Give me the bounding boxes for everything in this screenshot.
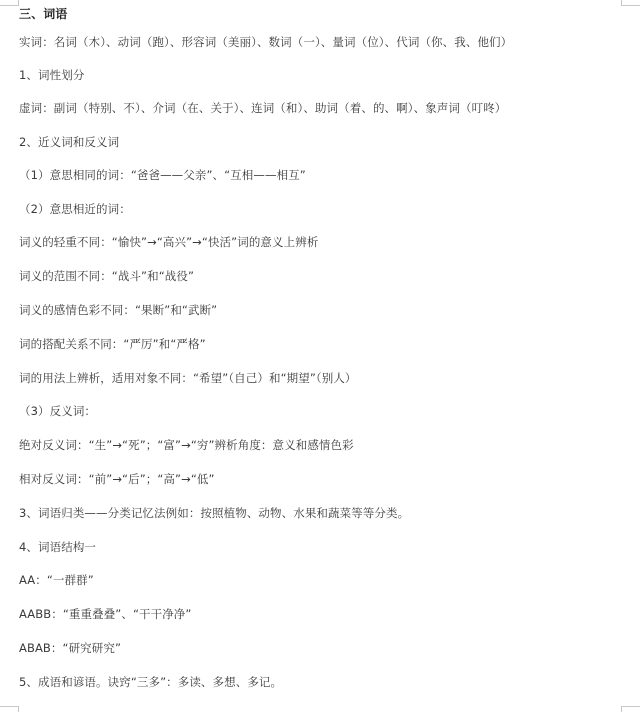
page-corner-mark-top-right	[621, 0, 640, 6]
paragraph-emotion-difference: 词义的感情色彩不同：“果断”和“武断”	[19, 303, 217, 317]
paragraph-similar-meaning: （2）意思相近的词：	[19, 202, 131, 216]
paragraph-absolute-antonyms: 绝对反义词：“生”→“死”；“富”→“穷”辨析角度：意义和感情色彩	[19, 438, 354, 452]
page-corner-mark-bottom-left	[0, 706, 19, 712]
paragraph-function-words: 虚词：副词（特别、不）、介词（在、关于）、连词（和）、助词（着、的、啊）、象声词…	[19, 101, 506, 115]
paragraph-abab-pattern: ABAB：“研究研究”	[19, 641, 121, 655]
paragraph-content-words: 实词：名词（木）、动词（跑）、形容词（美丽）、数词（一）、量词（位）、代词（你、…	[19, 35, 512, 49]
paragraph-usage-difference: 词的用法上辨析，适用对象不同：“希望”（自己）和“期望”（别人）	[19, 371, 357, 385]
heading-idioms-proverbs: 5、成语和谚语。诀窍“三多”：多读、多想、多记。	[19, 675, 282, 689]
paragraph-same-meaning: （1）意思相同的词：“爸爸——父亲”、“互相——相互”	[19, 168, 306, 182]
section-title: 三、词语	[19, 7, 67, 21]
heading-part-of-speech: 1、词性划分	[19, 68, 84, 82]
paragraph-aa-pattern: AA：“一群群”	[19, 573, 94, 587]
heading-word-classification: 3、词语归类——分类记忆法例如：按照植物、动物、水果和蔬菜等等分类。	[19, 506, 409, 520]
page-corner-mark-top-left	[0, 0, 19, 6]
paragraph-aabb-pattern: AABB：“重重叠叠”、“干干净净”	[19, 607, 191, 621]
heading-antonyms: （3）反义词：	[19, 404, 96, 418]
heading-synonyms-antonyms: 2、近义词和反义词	[19, 135, 119, 149]
paragraph-scope-difference: 词义的范围不同：“战斗”和“战役”	[19, 269, 194, 283]
page-corner-mark-bottom-right	[621, 706, 640, 712]
paragraph-collocation-difference: 词的搭配关系不同：“严厉”和“严格”	[19, 337, 206, 351]
paragraph-relative-antonyms: 相对反义词：“前”→“后”；“高”→“低”	[19, 472, 215, 486]
paragraph-weight-difference: 词义的轻重不同：“愉快”→“高兴”→“快活”词的意义上辨析	[19, 235, 318, 249]
heading-word-structure: 4、词语结构一	[19, 540, 96, 554]
